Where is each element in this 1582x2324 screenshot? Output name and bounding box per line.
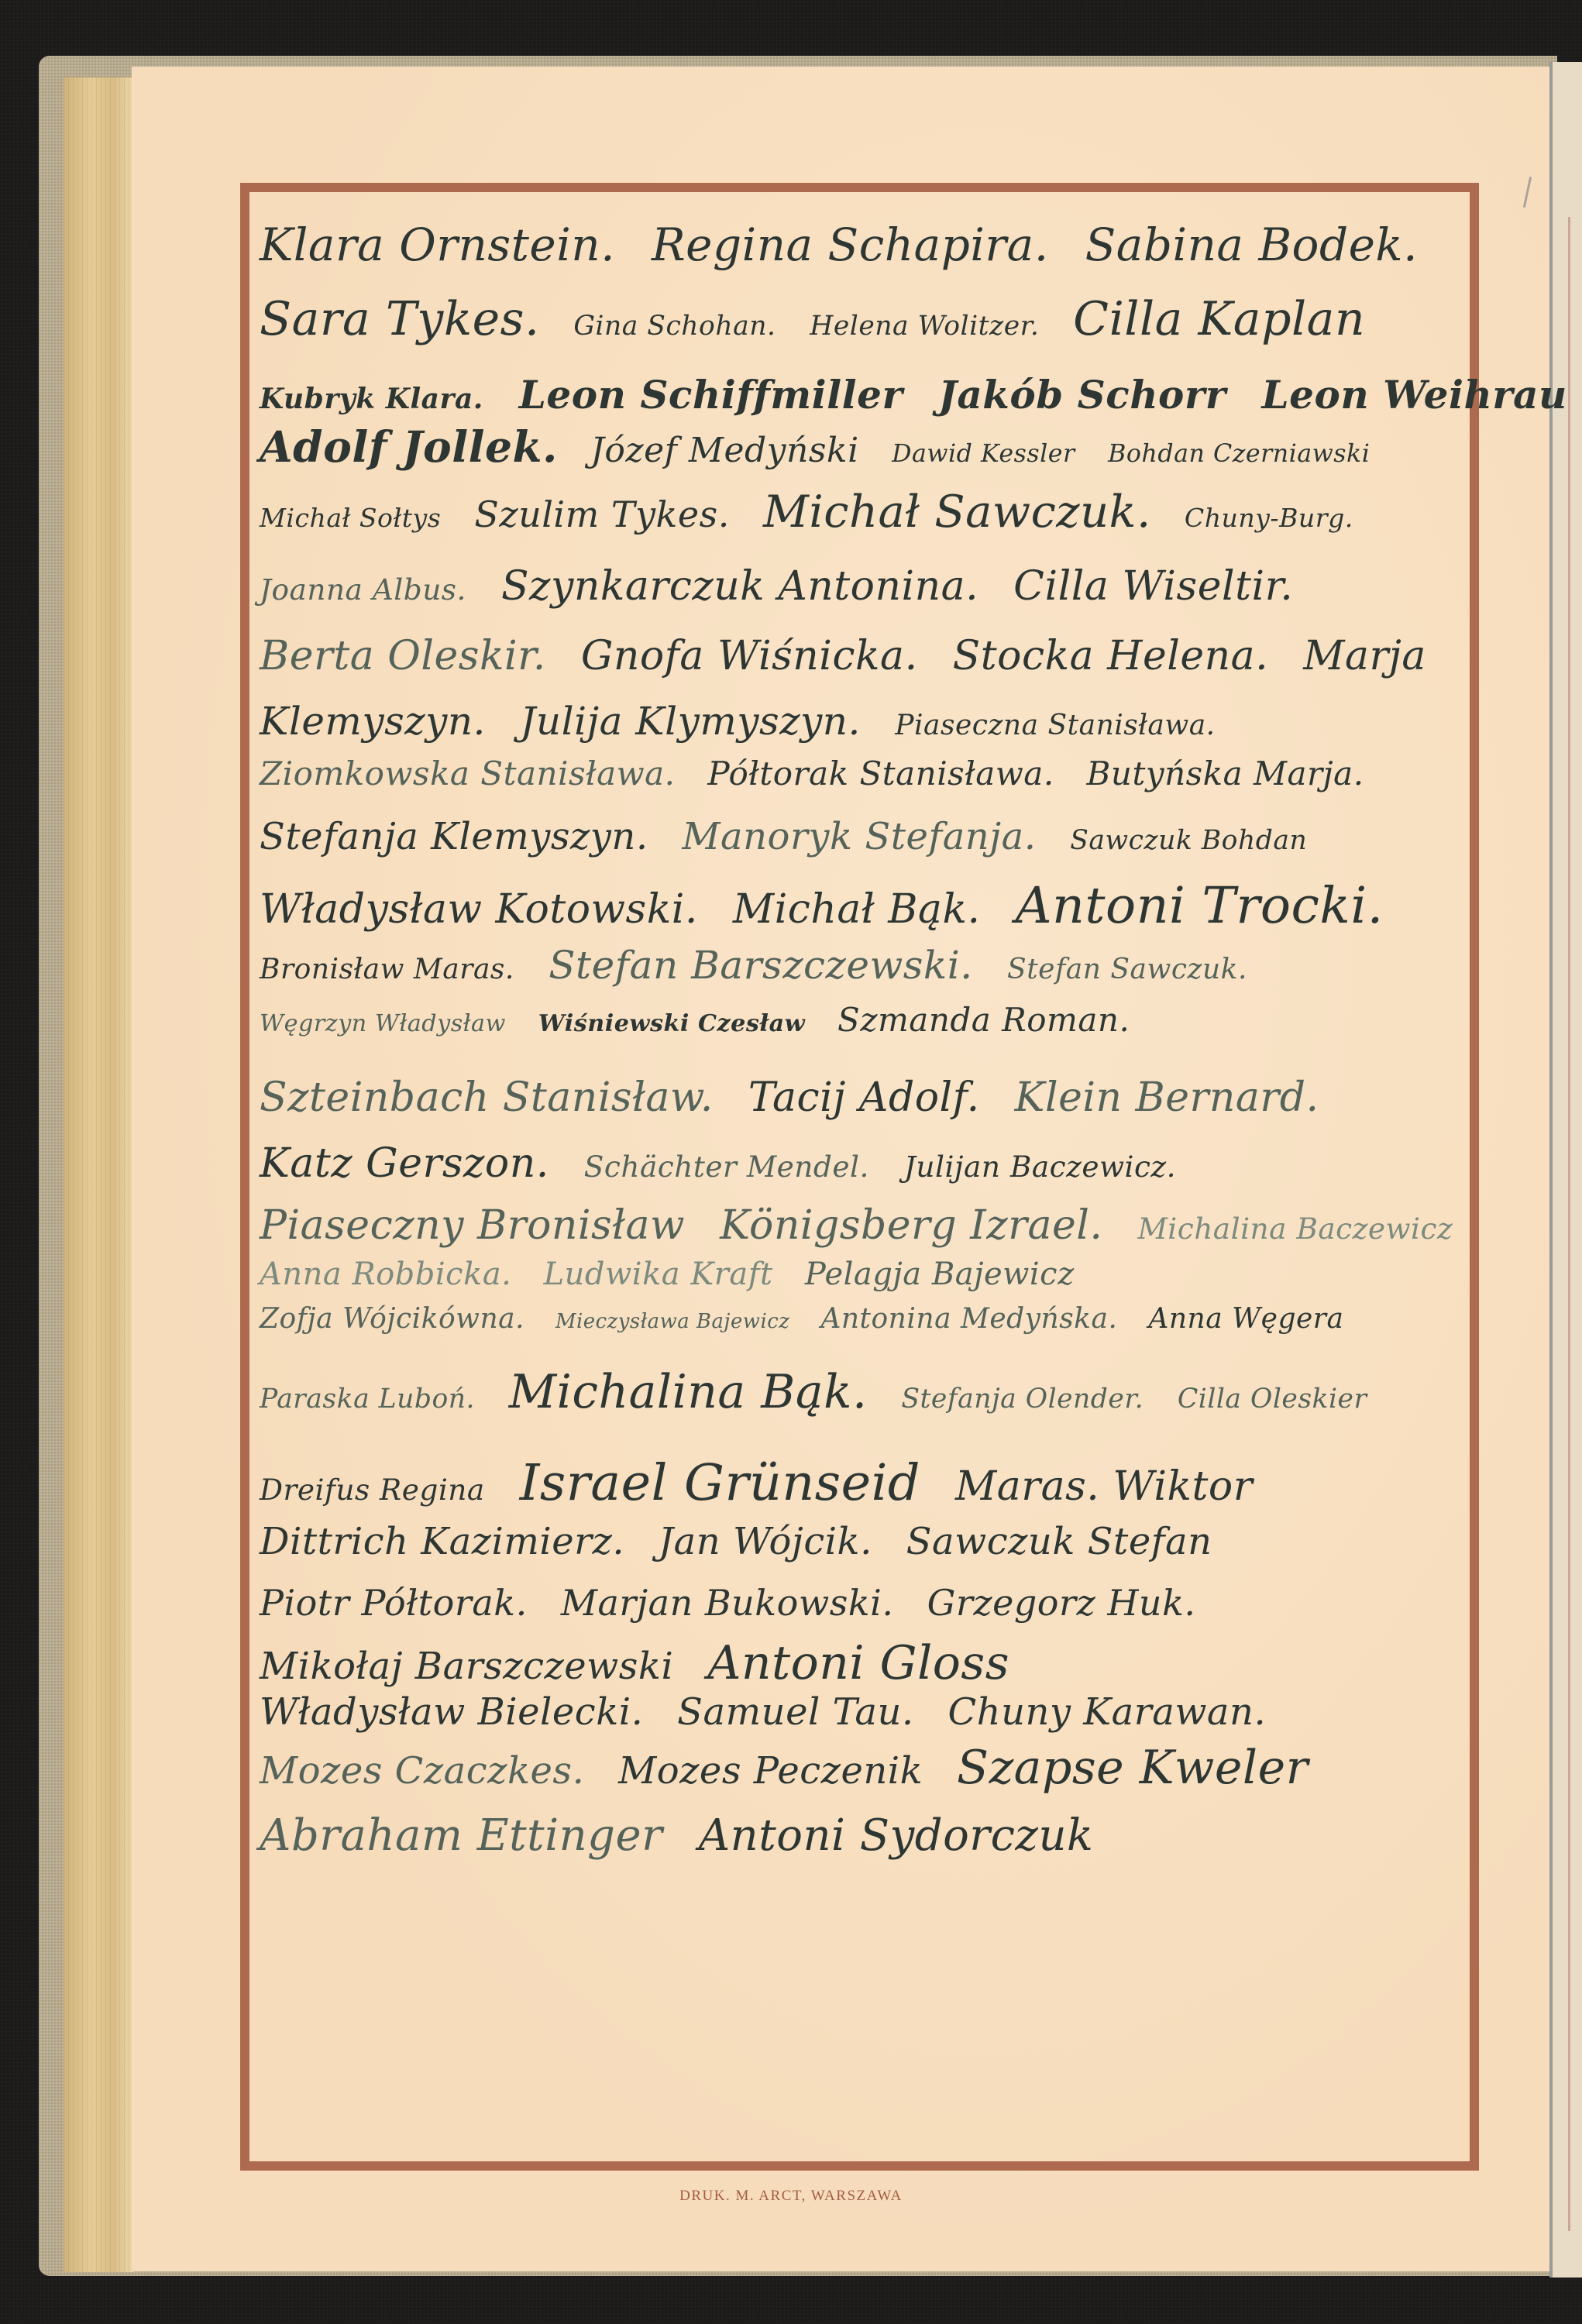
signature: Michalina Bąk.: [509, 1365, 868, 1419]
signature: Ziomkowska Stanisława.: [260, 755, 676, 792]
signature-row: Klara Ornstein. Regina Schapira. Sabina …: [260, 218, 1439, 271]
signature: Cilla Oleskier: [1178, 1384, 1367, 1415]
signature: Sawczuk Stefan: [906, 1520, 1212, 1563]
signature: Berta Oleskir.: [260, 633, 546, 679]
signature: Antonina Medyńska.: [820, 1303, 1117, 1335]
signature: Węgrzyn Władysław: [260, 1010, 506, 1037]
signature: Klemyszyn.: [260, 699, 486, 744]
signature: Michał Sołtys: [260, 503, 441, 533]
signature: Königsberg Izrael.: [720, 1202, 1102, 1249]
signature: Dittrich Kazimierz.: [260, 1520, 624, 1563]
signature: Gina Schohan.: [573, 311, 776, 342]
signature: Manoryk Stefanja.: [682, 815, 1036, 858]
signature-row: Władysław Kotowski. Michał Bąk. Antoni T…: [260, 877, 1405, 935]
signature: Julija Klymyszyn.: [520, 699, 861, 744]
signature-row: Klemyszyn. Julija Klymyszyn. Piaseczna S…: [260, 699, 1237, 744]
signature: Mozes Czaczkes.: [260, 1749, 584, 1793]
signature: Grzegorz Huk.: [927, 1582, 1196, 1624]
signature: Józef Medyński: [590, 431, 858, 470]
signature-row: Joanna Albus. Szynkarczuk Antonina. Cill…: [260, 563, 1315, 610]
signature-row: Piaseczny Bronisław Königsberg Izrael. M…: [260, 1202, 1474, 1249]
signature: Sabina Bodek.: [1085, 218, 1418, 271]
signature-row: Ziomkowska Stanisława. Półtorak Stanisła…: [260, 755, 1386, 792]
signature: Abraham Ettinger: [260, 1810, 662, 1861]
signature: Stefan Barszczewski.: [549, 943, 972, 988]
signature-row: Sara Tykes. Gina Schohan. Helena Wolitze…: [260, 292, 1387, 346]
signature: Israel Grünseid: [520, 1454, 920, 1512]
signature: Klein Bernard.: [1015, 1074, 1319, 1121]
signature: Półtorak Stanisława.: [707, 755, 1054, 792]
signature: Leon Weihrau: [1262, 372, 1567, 418]
signature: Antoni Trocki.: [1016, 877, 1384, 935]
signature: Jakób Schorr: [938, 372, 1226, 418]
signature: Piaseczny Bronisław: [260, 1202, 685, 1249]
signature: Piotr Półtorak.: [260, 1582, 528, 1624]
signature: Michał Sawczuk.: [763, 486, 1151, 538]
signature-row: Bronisław Maras. Stefan Barszczewski. St…: [260, 943, 1269, 988]
signature: Pelagja Bajewicz: [805, 1257, 1075, 1292]
signature: Szmanda Roman.: [837, 1001, 1130, 1039]
signature-row: Michał Sołtys Szulim Tykes. Michał Sawcz…: [260, 486, 1375, 538]
signature: Szteinbach Stanisław.: [260, 1074, 714, 1121]
signature: Sawczuk Bohdan: [1070, 825, 1307, 856]
signature: Stefanja Olender.: [901, 1384, 1144, 1415]
signature: Anna Węgera: [1148, 1303, 1343, 1335]
signature-row: Mikołaj Barszczewski Antoni Gloss: [260, 1636, 1031, 1690]
signature-row: Adolf Jollek. Józef Medyński Dawid Kessl…: [260, 421, 1391, 472]
signature: Szapse Kweler: [957, 1741, 1309, 1795]
signature: Piaseczna Stanisława.: [895, 710, 1215, 741]
signature: Cilla Wiseltir.: [1013, 563, 1293, 610]
signature-row: Abraham Ettinger Antoni Sydorczuk: [260, 1810, 1115, 1861]
signature: Władysław Kotowski.: [260, 886, 698, 933]
signature-row: Anna Robbicka. Ludwika Kraft Pelagja Baj…: [260, 1257, 1096, 1292]
signature-row: Stefanja Klemyszyn. Manoryk Stefanja. Sa…: [260, 815, 1329, 858]
printer-imprint: DRUK. M. ARCT, WARSZAWA: [0, 2188, 1582, 2205]
signature-row: Katz Gerszon. Schächter Mendel. Julijan …: [260, 1140, 1198, 1187]
signature-row: Szteinbach Stanisław. Tacij Adolf. Klein…: [260, 1074, 1341, 1121]
signature: Jan Wójcik.: [659, 1520, 872, 1563]
signature: Mieczysława Bajewicz: [555, 1310, 789, 1333]
signature-row: Władysław Bielecki. Samuel Tau. Chuny Ka…: [260, 1690, 1288, 1734]
signature-row: Piotr Półtorak. Marjan Bukowski. Grzegor…: [260, 1582, 1218, 1624]
signature: Michalina Baczewicz: [1137, 1212, 1453, 1246]
signature: Schächter Mendel.: [584, 1150, 869, 1184]
signature: Paraska Luboń.: [260, 1384, 475, 1415]
signature-row: Dittrich Kazimierz. Jan Wójcik. Sawczuk …: [260, 1520, 1234, 1563]
signature: Dawid Kessler: [892, 440, 1075, 468]
signature: Wiśniewski Czesław: [538, 1010, 805, 1037]
signature: Ludwika Kraft: [544, 1257, 773, 1292]
signature: Władysław Bielecki.: [260, 1690, 643, 1734]
signature: Chuny-Burg.: [1185, 503, 1353, 533]
signature: Leon Schiffmiller: [519, 372, 903, 418]
signature: Sara Tykes.: [260, 292, 540, 346]
signature: Szynkarczuk Antonina.: [501, 563, 978, 610]
signature: Bohdan Czerniawski: [1108, 440, 1370, 468]
signature: Katz Gerszon.: [260, 1140, 549, 1187]
signature: Zofja Wójcikówna.: [260, 1303, 524, 1335]
signature: Dreifus Regina: [260, 1473, 485, 1507]
signature: Klara Ornstein.: [260, 218, 615, 271]
signature: Maras. Wiktor: [955, 1463, 1253, 1510]
signature-row: Paraska Luboń. Michalina Bąk. Stefanja O…: [260, 1365, 1389, 1419]
signature-row: Mozes Czaczkes. Mozes Peczenik Szapse Kw…: [260, 1741, 1330, 1795]
signature-row: Kubryk Klara. Leon Schiffmiller Jakób Sc…: [260, 372, 1582, 418]
signature: Antoni Gloss: [707, 1636, 1009, 1690]
signature-row: Węgrzyn Władysław Wiśniewski Czesław Szm…: [260, 1001, 1151, 1039]
signature: Mozes Peczenik: [618, 1749, 923, 1793]
signature: Regina Schapira.: [652, 218, 1049, 271]
signature: Gnofa Wiśnicka.: [581, 633, 918, 679]
book-page-edges: [64, 77, 133, 2272]
signature-row: Berta Oleskir. Gnofa Wiśnicka. Stocka He…: [260, 633, 1448, 679]
signature: Stefanja Klemyszyn.: [260, 815, 648, 858]
signature: Stocka Helena.: [953, 633, 1269, 679]
signature: Tacij Adolf.: [748, 1074, 980, 1121]
signature: Bronisław Maras.: [260, 954, 514, 985]
signature: Kubryk Klara.: [260, 383, 483, 415]
signature: Samuel Tau.: [677, 1690, 914, 1734]
signature: Mikołaj Barszczewski: [260, 1645, 673, 1688]
signature: Marjan Bukowski.: [561, 1582, 894, 1624]
signature: Joanna Albus.: [260, 572, 466, 607]
signature: Stefan Sawczuk.: [1007, 954, 1247, 985]
signature: Adolf Jollek.: [260, 421, 558, 472]
signature: Szulim Tykes.: [474, 493, 730, 535]
signature-row: Dreifus Regina Israel Grünseid Maras. Wi…: [260, 1454, 1274, 1512]
signature-list: Klara Ornstein. Regina Schapira. Sabina …: [260, 203, 1456, 1985]
signature: Chuny Karawan.: [947, 1690, 1266, 1734]
signature-row: Zofja Wójcikówna. Mieczysława Bajewicz A…: [260, 1303, 1365, 1335]
signature: Julijan Baczewicz.: [904, 1150, 1176, 1184]
signature: Butyńska Marja.: [1087, 755, 1364, 792]
signature: Cilla Kaplan: [1073, 292, 1365, 346]
signature: Antoni Sydorczuk: [699, 1810, 1094, 1861]
signature: Anna Robbicka.: [260, 1257, 511, 1292]
signature: Marja: [1303, 633, 1426, 679]
signature: Michał Bąk.: [733, 886, 981, 933]
signature: Helena Wolitzer.: [810, 311, 1039, 342]
